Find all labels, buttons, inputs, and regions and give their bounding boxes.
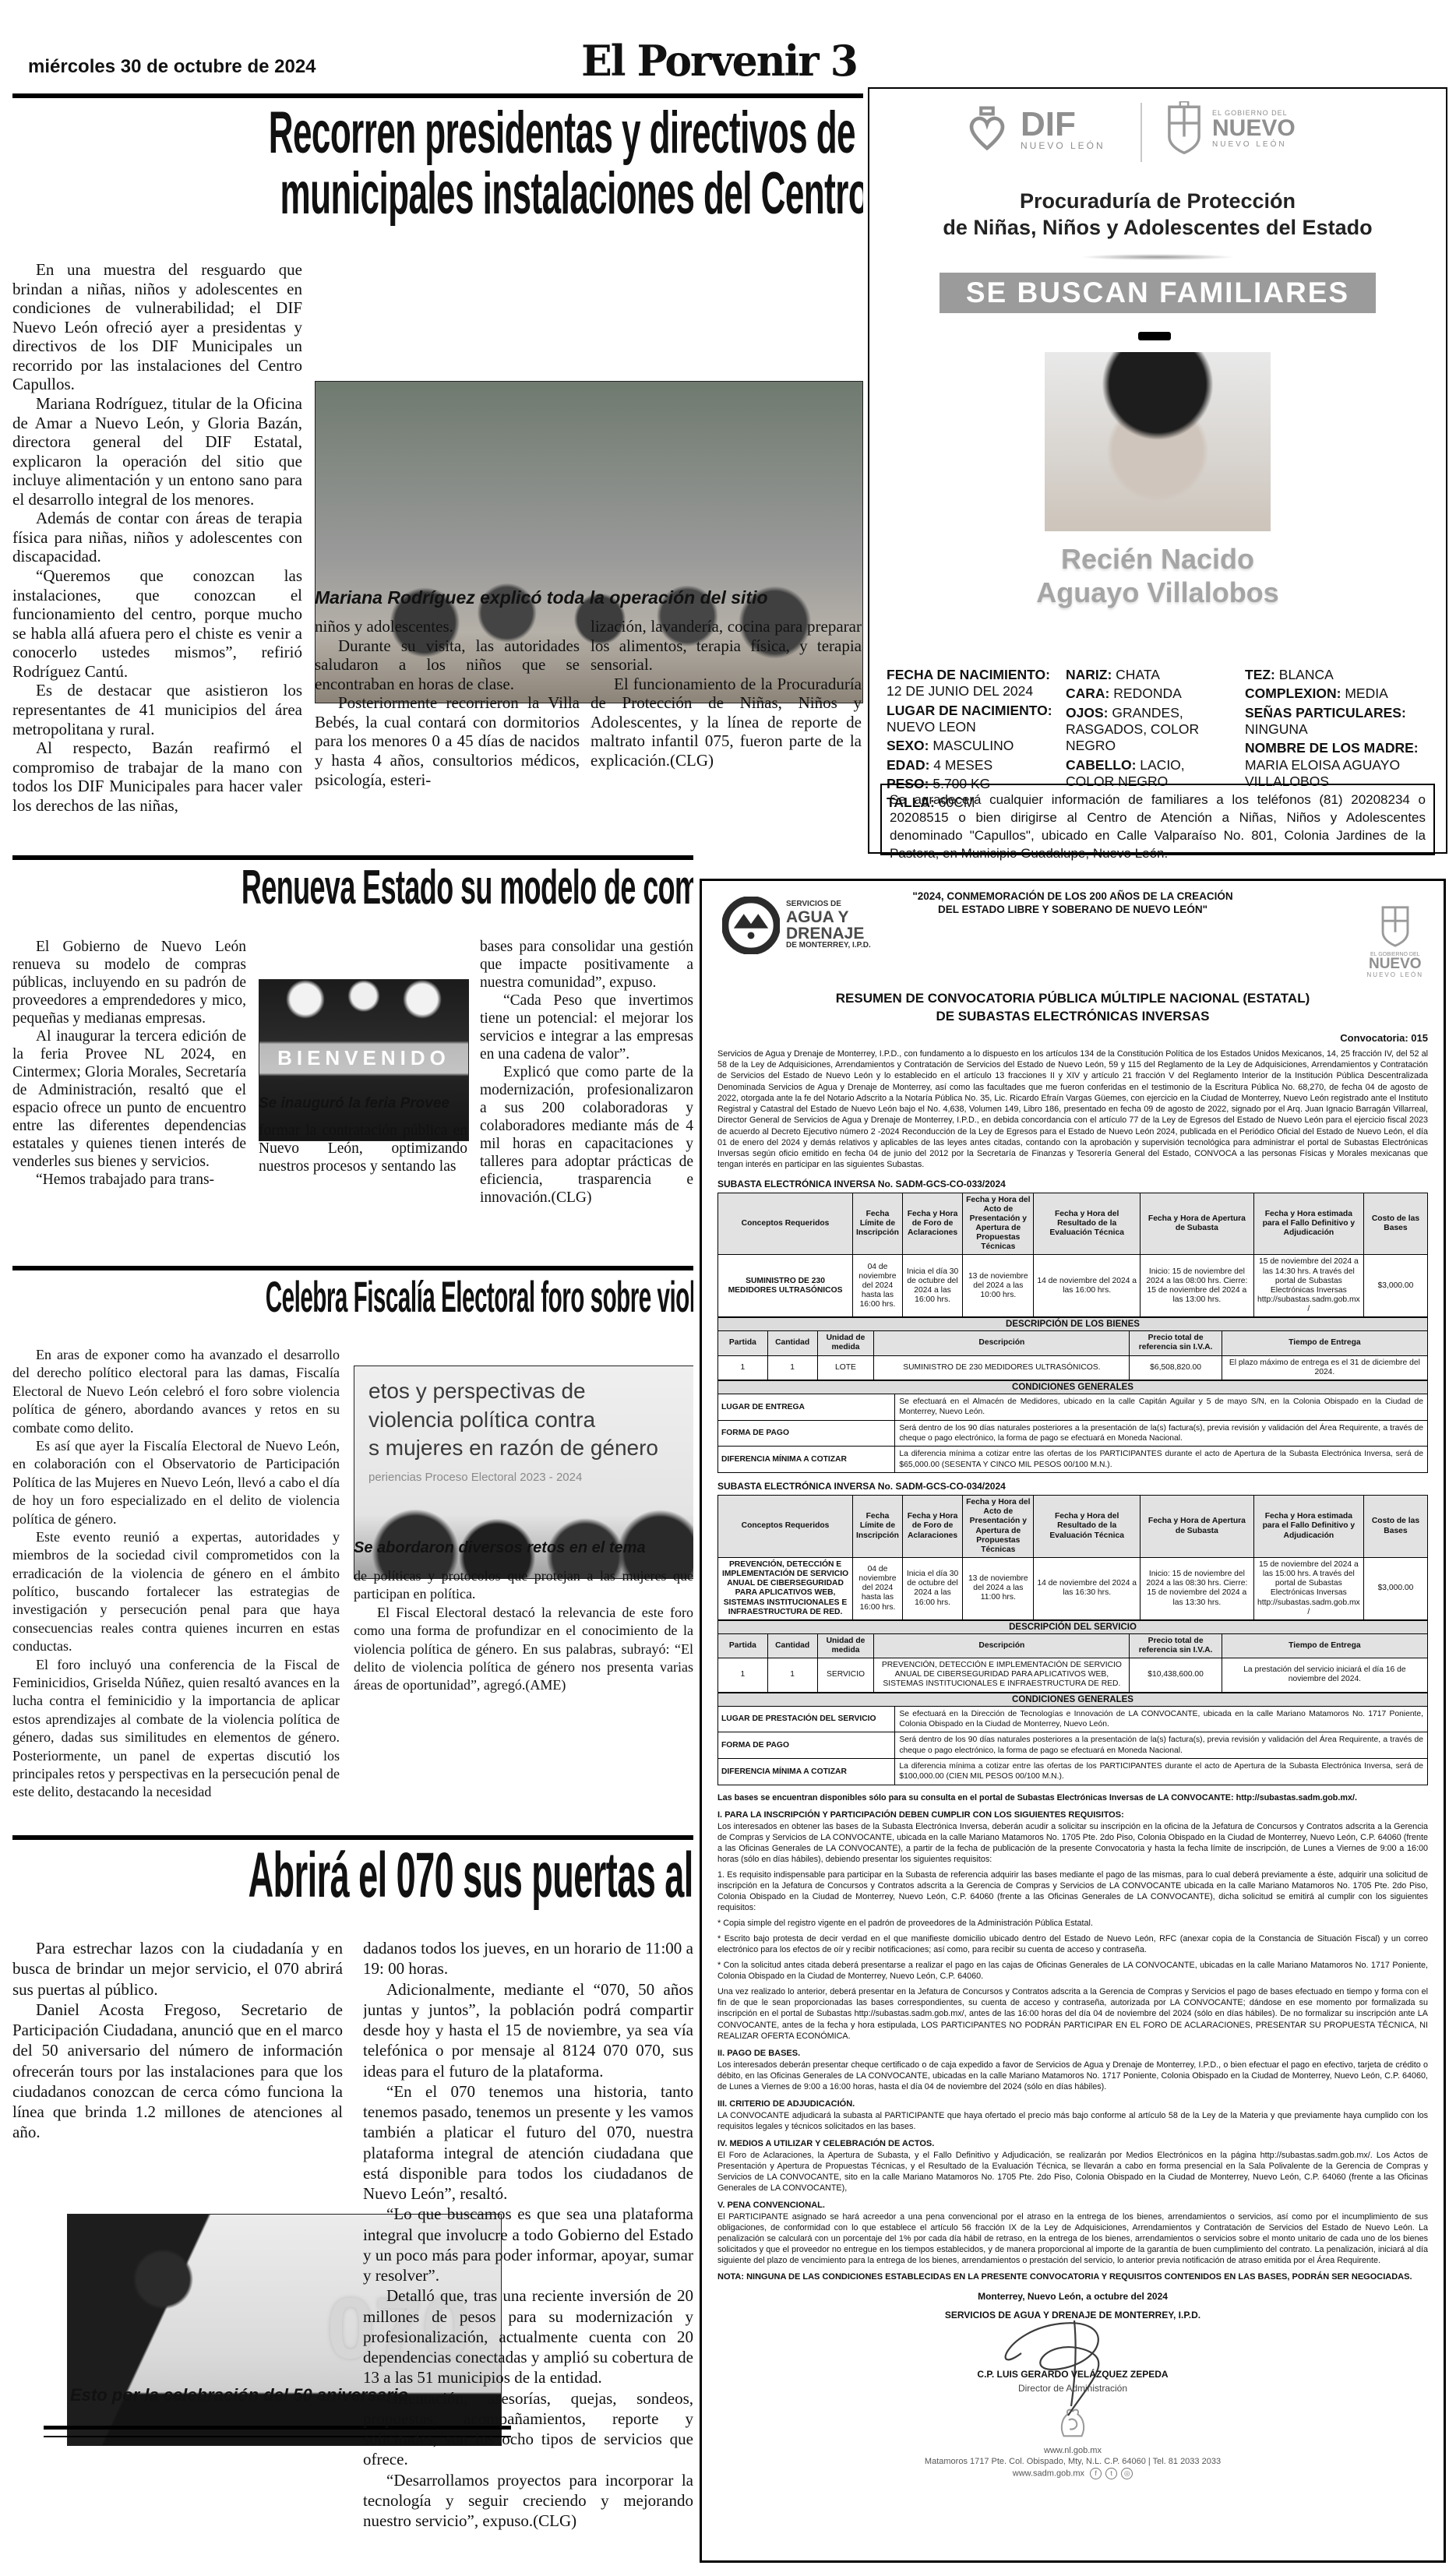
subasta1-condiciones: LUGAR DE ENTREGASe efectuará en el Almac… xyxy=(717,1394,1428,1473)
field-value: La diferencia mínima a cotizar entre las… xyxy=(895,1759,1427,1785)
dif-heart-icon xyxy=(963,106,1011,154)
conv-city-date: Monterrey, Nuevo León, a octubre del 202… xyxy=(717,2291,1428,2302)
ayd-logo-icon xyxy=(722,897,780,954)
field-value: Se efectuará en la Dirección de Tecnolog… xyxy=(895,1707,1427,1732)
field-label: SEÑAS PARTICULARES: xyxy=(1245,705,1406,721)
field-label: TEZ: xyxy=(1245,667,1279,682)
article3-column-1: En aras de exponer como ha avanzado el d… xyxy=(12,1346,340,1820)
condicion-row: LUGAR DE PRESTACIÓN DEL SERVICIOSe efect… xyxy=(717,1706,1428,1733)
field-value: Se efectuará en el Almacén de Medidores,… xyxy=(895,1394,1427,1420)
facebook-icon: f xyxy=(1090,2468,1102,2479)
condicion-row: DIFERENCIA MÍNIMA A COTIZARLa diferencia… xyxy=(717,1758,1428,1785)
servicio-bar: DESCRIPCIÓN DEL SERVICIO xyxy=(717,1619,1428,1634)
article-fiscalia-electoral: Celebra Fiscalía Electoral foro sobre vi… xyxy=(12,1274,693,1829)
article4-paragraph: “Desarrollamos proyectos para incorporar… xyxy=(363,2470,693,2532)
article1-column-1: En una muestra del resguardo que brindan… xyxy=(12,260,302,823)
field-label: SEXO: xyxy=(887,738,933,753)
baby-field: CARA:REDONDA xyxy=(1066,685,1236,702)
article-compras-publicas: Renueva Estado su modelo de compras públ… xyxy=(12,863,693,1262)
logo-divider xyxy=(1141,103,1142,162)
article1-column-2: niños y adolescentes.Durante su visita, … xyxy=(315,617,580,826)
field-value: NUEVO LEON xyxy=(887,719,976,735)
conv-paragraph: LA CONVOCANTE adjudicará la subasta al P… xyxy=(717,2110,1428,2132)
article2-column-1: El Gobierno de Nuevo León renueva su mod… xyxy=(12,938,246,1251)
conv-section-1: I. PARA LA INSCRIPCIÓN Y PARTICIPACIÓN D… xyxy=(717,1810,1428,2042)
title-divider xyxy=(1080,254,1236,260)
baby-field: LUGAR DE NACIMIENTO:NUEVO LEON xyxy=(887,703,1056,736)
bienvenido-sign-text: BIENVENIDO xyxy=(259,1046,468,1070)
subasta2-title: SUBASTA ELECTRÓNICA INVERSA No. SADM-GCS… xyxy=(717,1481,1428,1492)
article2-column-2: formar la contratación pública en Nuevo … xyxy=(259,1122,467,1251)
field-value: NINGUNA xyxy=(1245,721,1308,737)
article4-paragraph: Detalló que, tras una reciente inversión… xyxy=(363,2285,693,2387)
field-label: NARIZ: xyxy=(1066,667,1116,682)
dif-brand-sub: NUEVO LEÓN xyxy=(1021,140,1105,151)
baby-field: SEXO:MASCULINO xyxy=(887,738,1056,754)
footer-web2: www.sadm.gob.mx xyxy=(1013,2469,1084,2478)
condicion-row: FORMA DE PAGOSerá dentro de los 90 días … xyxy=(717,1732,1428,1759)
footer-web1: www.nl.gob.mx xyxy=(717,2446,1428,2455)
baby-field: COMPLEXION:MEDIA xyxy=(1245,685,1429,702)
dif-logo: DIF NUEVO LEÓN xyxy=(963,106,1105,154)
baby-field: TEZ:BLANCA xyxy=(1245,667,1429,683)
article3-paragraph: de políticas y protocolos que protejan a… xyxy=(354,1567,693,1604)
article2-column-3: bases para consolidar una gestión que im… xyxy=(480,938,693,1251)
article2-headline: Renueva Estado su modelo de compras públ… xyxy=(12,863,693,912)
baby-fields-col3: TEZ:BLANCACOMPLEXION:MEDIASEÑAS PARTICUL… xyxy=(1245,667,1429,792)
dif-missing-family-ad: DIF NUEVO LEÓN EL GOBIERNO DEL NUEVO NUE… xyxy=(868,87,1447,854)
field-label: LUGAR DE NACIMIENTO: xyxy=(887,703,1052,718)
field-label: CARA: xyxy=(1066,685,1113,701)
article4-paragraph: dadanos todos los jueves, en un horario … xyxy=(363,1938,693,1979)
article4-paragraph: Orientación, asesorías, quejas, sondeos,… xyxy=(363,2388,693,2470)
conv-paragraph: Los interesados deberán presentar cheque… xyxy=(717,2060,1428,2092)
field-value: Será dentro de los 90 días naturales pos… xyxy=(895,1732,1427,1758)
baby-photo xyxy=(1045,352,1271,531)
article1-paragraph: Durante su visita, las autoridades salud… xyxy=(315,636,580,694)
conv-nl-shield-icon xyxy=(1378,903,1412,948)
article1-paragraph: “Queremos que conozcan las instalaciones… xyxy=(12,566,302,681)
conv-section-3: III. CRITERIO DE ADJUDICACIÓN. LA CONVOC… xyxy=(717,2099,1428,2132)
condicion-row: DIFERENCIA MÍNIMA A COTIZARLa diferencia… xyxy=(717,1446,1428,1473)
article3-paragraph: Este evento reunió a expertas, autoridad… xyxy=(12,1528,340,1656)
conv-section-2: II. PAGO DE BASES. Los interesados deber… xyxy=(717,2049,1428,2092)
article2-paragraph: Explicó que como parte de la modernizaci… xyxy=(480,1063,693,1207)
section-rule xyxy=(12,1835,693,1840)
article3-column-2: de políticas y protocolos que protejan a… xyxy=(354,1567,693,1820)
footer-address: Matamoros 1717 Pte. Col. Obispado, Mty, … xyxy=(717,2457,1428,2466)
bienes-table: PartidaCantidad Unidad de medidaDescripc… xyxy=(717,1330,1428,1380)
article1-paragraph: niños y adolescentes. xyxy=(315,617,580,636)
conv-title: RESUMEN DE CONVOCATORIA PÚBLICA MÚLTIPLE… xyxy=(717,990,1428,1026)
field-label: FORMA DE PAGO xyxy=(718,1732,895,1758)
section-rule xyxy=(12,1266,693,1270)
subasta2-condiciones: LUGAR DE PRESTACIÓN DEL SERVICIOSe efect… xyxy=(717,1706,1428,1785)
field-value: 4 MESES xyxy=(933,757,992,773)
conv-intro: Servicios de Agua y Drenaje de Monterrey… xyxy=(717,1048,1428,1171)
dif-ad-title: Procuraduría de Protección de Niñas, Niñ… xyxy=(869,189,1446,241)
article3-paragraph: En aras de exponer como ha avanzado el d… xyxy=(12,1346,340,1437)
field-label: CABELLO: xyxy=(1066,757,1140,773)
article2-paragraph: Al inaugurar la tercera edición de la fe… xyxy=(12,1027,246,1171)
signature-area: C.P. LUIS GERARDO VELÁZQUEZ ZEPEDA Direc… xyxy=(717,2321,1428,2406)
sadm-convocatoria-ad: "2024, CONMEMORACIÓN DE LOS 200 AÑOS DE … xyxy=(700,879,1446,2563)
conv-paragraph: Los interesados en obtener las bases de … xyxy=(717,1821,1428,1865)
article1-column-3: lización, lavandería, cocina para prepar… xyxy=(591,617,862,826)
baby-name: Recién Nacido Aguayo Villalobos xyxy=(869,542,1446,609)
article1-paragraph: En una muestra del resguardo que brindan… xyxy=(12,260,302,394)
field-value: CHATA xyxy=(1116,667,1160,682)
conv-header: "2024, CONMEMORACIÓN DE LOS 200 AÑOS DE … xyxy=(717,890,1428,990)
slide-text: etos y perspectivas de violencia polític… xyxy=(368,1377,658,1485)
baby-field: NARIZ:CHATA xyxy=(1066,667,1236,683)
slide-subtext: periencias Proceso Electoral 2023 - 2024 xyxy=(368,1470,658,1485)
article3-paragraph: El Fiscal Electoral destacó la relevanci… xyxy=(354,1604,693,1695)
conv-motto: "2024, CONMEMORACIÓN DE LOS 200 AÑOS DE … xyxy=(811,890,1334,917)
twitter-icon: t xyxy=(1105,2468,1117,2479)
article3-paragraph: El foro incluyó una conferencia de la Fi… xyxy=(12,1656,340,1802)
section-rule xyxy=(12,855,693,860)
field-label: DIFERENCIA MÍNIMA A COTIZAR xyxy=(718,1759,895,1785)
conv-nota: NOTA: NINGUNA DE LAS CONDICIONES ESTABLE… xyxy=(717,2272,1428,2282)
article2-paragraph: El Gobierno de Nuevo León renueva su mod… xyxy=(12,938,246,1027)
dash-mark xyxy=(1138,332,1171,340)
conv-section-5: V. PENA CONVENCIONAL. El PARTICIPANTE as… xyxy=(717,2201,1428,2266)
gob-sub: NUEVO LEÓN xyxy=(1212,140,1296,149)
baby-fields-col2: NARIZ:CHATACARA:REDONDAOJOS:GRANDES, RAS… xyxy=(1066,667,1236,792)
footer-web2-row: www.sadm.gob.mx f t ◎ xyxy=(717,2468,1428,2479)
ayd-logo: SERVICIOS DE AGUA Y DRENAJE DE MONTERREY… xyxy=(722,897,871,954)
article4-column-2: dadanos todos los jueves, en un horario … xyxy=(363,1938,693,2571)
bienes-bar: DESCRIPCIÓN DE LOS BIENES xyxy=(717,1316,1428,1331)
article1-headline: Recorren presidentas y directivos de los… xyxy=(12,103,863,224)
conv-number: Convocatoria: 015 xyxy=(717,1032,1428,1044)
newspaper-page: miércoles 30 de octubre de 2024 El Porve… xyxy=(0,0,1449,2576)
signature-icon xyxy=(975,2306,1177,2423)
field-label: OJOS: xyxy=(1066,705,1112,721)
field-label: COMPLEXION: xyxy=(1245,685,1345,701)
field-label: LUGAR DE PRESTACIÓN DEL SERVICIO xyxy=(718,1707,895,1732)
field-value: 12 DE JUNIO DEL 2024 xyxy=(887,683,1033,699)
field-value: MASCULINO xyxy=(933,738,1014,753)
bases-note: Las bases se encuentran disponibles sólo… xyxy=(717,1792,1428,1803)
servicio-table: PartidaCantidad Unidad de medidaDescripc… xyxy=(717,1633,1428,1693)
field-label: LUGAR DE ENTREGA xyxy=(718,1394,895,1420)
field-label: NOMBRE DE LOS MADRE: xyxy=(1245,740,1419,756)
field-value: Será dentro de los 90 días naturales pos… xyxy=(895,1421,1427,1447)
baby-field: SEÑAS PARTICULARES:NINGUNA xyxy=(1245,705,1429,738)
article2-paragraph: bases para consolidar una gestión que im… xyxy=(480,938,693,992)
article4-paragraph: “En el 070 tenemos una historia, tanto t… xyxy=(363,2081,693,2204)
conv-paragraph: El Foro de Aclaraciones, la Apertura de … xyxy=(717,2150,1428,2194)
article2-photo-caption: Se inauguró la feria Provee xyxy=(259,1095,467,1112)
article1-photo-caption: Mariana Rodríguez explicó toda la operac… xyxy=(315,587,862,608)
field-label: DIFERENCIA MÍNIMA A COTIZAR xyxy=(718,1447,895,1472)
condiciones-bar-2: CONDICIONES GENERALES xyxy=(717,1692,1428,1707)
article1-paragraph: lización, lavandería, cocina para prepar… xyxy=(591,617,862,675)
article1-paragraph: Mariana Rodríguez, titular de la Oficina… xyxy=(12,394,302,509)
article2-paragraph: formar la contratación pública en Nuevo … xyxy=(259,1122,467,1175)
article2-paragraph: “Cada Peso que invertimos tiene un poten… xyxy=(480,992,693,1063)
field-value: BLANCA xyxy=(1279,667,1334,682)
article1-paragraph: El funcionamiento de la Procuraduría de … xyxy=(591,675,862,770)
subasta1-title: SUBASTA ELECTRÓNICA INVERSA No. SADM-GCS… xyxy=(717,1179,1428,1189)
field-value: MEDIA xyxy=(1345,685,1387,701)
article-dif-capullos: Recorren presidentas y directivos de los… xyxy=(12,103,863,826)
field-label: EDAD: xyxy=(887,757,933,773)
conv-paragraph: * Escrito bajo protesta de decir verdad … xyxy=(717,1933,1428,1955)
conv-paragraph: * Copia simple del registro vigente en e… xyxy=(717,1918,1428,1929)
conv-paragraph: Una vez realizado lo anterior, deberá pr… xyxy=(717,1986,1428,2041)
article1-paragraph: Al respecto, Bazán reafirmó el compromis… xyxy=(12,738,302,815)
dif-brand-text: DIF xyxy=(1021,109,1105,140)
article3-headline: Celebra Fiscalía Electoral foro sobre vi… xyxy=(12,1274,693,1319)
subasta2-table: Conceptos RequeridosFecha Límite de Insc… xyxy=(717,1495,1428,1620)
conv-paragraph: 1. Es requisito indispensable para parti… xyxy=(717,1869,1428,1913)
article4-column-1: Para estrechar lazos con la ciudadanía y… xyxy=(12,1938,343,2142)
baby-field: OJOS:GRANDES, RASGADOS, COLOR NEGRO xyxy=(1066,705,1236,755)
baby-field: EDAD:4 MESES xyxy=(887,757,1056,774)
signatory-name: C.P. LUIS GERARDO VELÁZQUEZ ZEPEDA xyxy=(717,2369,1428,2380)
header-rule xyxy=(12,93,863,98)
article4-headline: Abrirá el 070 sus puertas al público xyxy=(12,1843,693,1908)
instagram-icon: ◎ xyxy=(1121,2468,1133,2479)
article3-photo-caption: Se abordaron diversos retos en el tema xyxy=(354,1539,693,1557)
conv-section-4: IV. MEDIOS A UTILIZAR Y CELEBRACIÓN DE A… xyxy=(717,2139,1428,2194)
condicion-row: FORMA DE PAGOSerá dentro de los 90 días … xyxy=(717,1420,1428,1447)
article3-paragraph: Es así que ayer la Fiscalía Electoral de… xyxy=(12,1437,340,1528)
dif-contact-note: Se agradecerá cualquier información de f… xyxy=(880,784,1435,855)
field-label: FORMA DE PAGO xyxy=(718,1421,895,1447)
se-buscan-familiares-banner: SE BUSCAN FAMILIARES xyxy=(940,273,1376,313)
conv-paragraph: El PARTICIPANTE asignado se hará acreedo… xyxy=(717,2211,1428,2266)
article1-paragraph: Posteriormente recorrieron la Villa Bebé… xyxy=(315,693,580,789)
gob-main: NUEVO xyxy=(1212,117,1296,140)
article4-paragraph: Adicionalmente, mediante el “070, 50 año… xyxy=(363,1979,693,2081)
field-value: REDONDA xyxy=(1113,685,1182,701)
baby-field: FECHA DE NACIMIENTO:12 DE JUNIO DEL 2024 xyxy=(887,667,1056,700)
conv-paragraph: * Con la solicitud antes citada deberá p… xyxy=(717,1960,1428,1982)
article4-paragraph: “Lo que buscamos es que sea una platafor… xyxy=(363,2204,693,2285)
nl-shield-icon xyxy=(1164,101,1204,156)
condicion-row: LUGAR DE ENTREGASe efectuará en el Almac… xyxy=(717,1394,1428,1421)
signatory-title: Director de Administración xyxy=(717,2383,1428,2394)
subasta1-table: Conceptos RequeridosFecha Límite de Insc… xyxy=(717,1193,1428,1318)
field-label: FECHA DE NACIMIENTO: xyxy=(887,667,1050,682)
condiciones-bar-1: CONDICIONES GENERALES xyxy=(717,1380,1428,1394)
conv-nl-logo: EL GOBIERNO DEL NUEVO NUEVO LEÓN xyxy=(1367,903,1423,978)
article4-paragraph: Daniel Acosta Fregoso, Secretario de Par… xyxy=(12,2000,343,2142)
article2-paragraph: “Hemos trabajado para trans- xyxy=(12,1171,246,1189)
field-value: La diferencia mínima a cotizar entre las… xyxy=(895,1447,1427,1472)
masthead: El Porvenir 3 xyxy=(0,36,857,86)
article1-paragraph: Además de contar con áreas de terapia fí… xyxy=(12,509,302,566)
article-070: Abrirá el 070 sus puertas al público Par… xyxy=(12,1843,693,2575)
article1-paragraph: Es de destacar que asistieron los repres… xyxy=(12,681,302,738)
nuevo-leon-logo: EL GOBIERNO DEL NUEVO NUEVO LEÓN xyxy=(1164,101,1296,156)
article4-paragraph: Para estrechar lazos con la ciudadanía y… xyxy=(12,1938,343,2000)
article2-photo-feria: BIENVENIDO xyxy=(259,979,469,1141)
baby-field: NOMBRE DE LOS MADRE:MARIA ELOISA AGUAYO … xyxy=(1245,740,1429,790)
